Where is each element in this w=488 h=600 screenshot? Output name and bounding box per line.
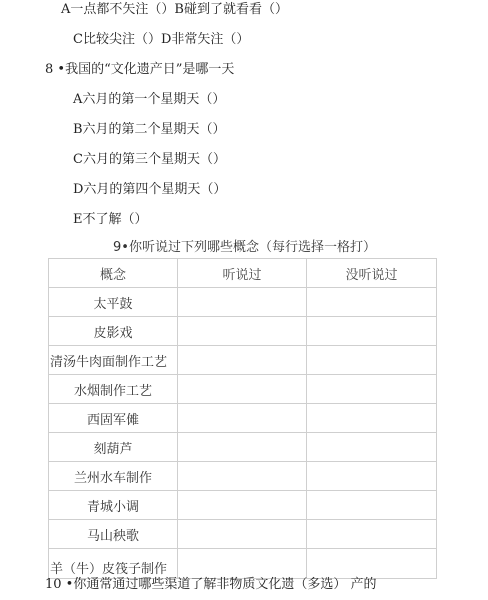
table-row: 兰州水车制作 <box>49 462 437 491</box>
heard-cell[interactable] <box>178 346 307 375</box>
table-row: 羊（牛）皮筏子制作 <box>49 549 437 579</box>
not-heard-cell[interactable] <box>307 375 437 404</box>
q8-title: 8 •我国的“文化遗产日”是哪一天 <box>45 62 234 78</box>
q8-option-c[interactable]: C六月的第三个星期天（） <box>73 152 226 168</box>
not-heard-cell[interactable] <box>307 346 437 375</box>
column-header-concept: 概念 <box>49 259 178 288</box>
not-heard-cell[interactable] <box>307 433 437 462</box>
heard-cell[interactable] <box>178 288 307 317</box>
not-heard-cell[interactable] <box>307 288 437 317</box>
heard-cell[interactable] <box>178 375 307 404</box>
concept-name: 兰州水车制作 <box>49 462 178 491</box>
q7-options-line-2: C比较尖注（）D非常矢注（） <box>73 32 249 48</box>
heard-cell[interactable] <box>178 433 307 462</box>
table-row: 太平鼓 <box>49 288 437 317</box>
table-row: 马山秧歌 <box>49 520 437 549</box>
q8-option-a[interactable]: A六月的第一个星期天（） <box>73 92 225 108</box>
not-heard-cell[interactable] <box>307 491 437 520</box>
not-heard-cell[interactable] <box>307 404 437 433</box>
concept-name: 青城小调 <box>49 491 178 520</box>
table-row: 清汤牛肉面制作工艺 <box>49 346 437 375</box>
table-row: 西固军傩 <box>49 404 437 433</box>
column-header-not-heard: 没听说过 <box>307 259 437 288</box>
not-heard-cell[interactable] <box>307 520 437 549</box>
heard-cell[interactable] <box>178 549 307 579</box>
table-header-row: 概念 听说过 没听说过 <box>49 259 437 288</box>
concept-name: 水烟制作工艺 <box>49 375 178 404</box>
not-heard-cell[interactable] <box>307 462 437 491</box>
not-heard-cell[interactable] <box>307 549 437 579</box>
table-row: 刻葫芦 <box>49 433 437 462</box>
heard-cell[interactable] <box>178 317 307 346</box>
concept-name: 羊（牛）皮筏子制作 <box>49 549 178 579</box>
concept-name: 马山秧歌 <box>49 520 178 549</box>
concept-name: 清汤牛肉面制作工艺 <box>49 346 178 375</box>
q8-option-e[interactable]: E不了解（） <box>73 212 148 228</box>
q8-option-d[interactable]: D六月的第四个星期天（） <box>73 182 226 198</box>
heard-cell[interactable] <box>178 491 307 520</box>
concept-name: 太平鼓 <box>49 288 178 317</box>
concept-name: 西固军傩 <box>49 404 178 433</box>
table-row: 青城小调 <box>49 491 437 520</box>
q9-title: 9•你听说过下列哪些概念（每行选择一格打） <box>113 240 376 256</box>
concepts-table: 概念 听说过 没听说过 太平鼓 皮影戏 清汤牛肉面制作工艺 水烟制作工艺 西固军… <box>48 258 437 579</box>
heard-cell[interactable] <box>178 462 307 491</box>
q10-title: 10 •你通常通过哪些渠道了解非物质文化遗（多选） 产的 <box>45 577 376 593</box>
concept-name: 刻葫芦 <box>49 433 178 462</box>
not-heard-cell[interactable] <box>307 317 437 346</box>
table-row: 皮影戏 <box>49 317 437 346</box>
q7-options-line-1: A一点都不矢注（）B碰到了就看看（） <box>61 2 288 18</box>
concept-name: 皮影戏 <box>49 317 178 346</box>
heard-cell[interactable] <box>178 520 307 549</box>
q8-option-b[interactable]: B六月的第二个星期天（） <box>73 122 226 138</box>
table-row: 水烟制作工艺 <box>49 375 437 404</box>
heard-cell[interactable] <box>178 404 307 433</box>
column-header-heard: 听说过 <box>178 259 307 288</box>
